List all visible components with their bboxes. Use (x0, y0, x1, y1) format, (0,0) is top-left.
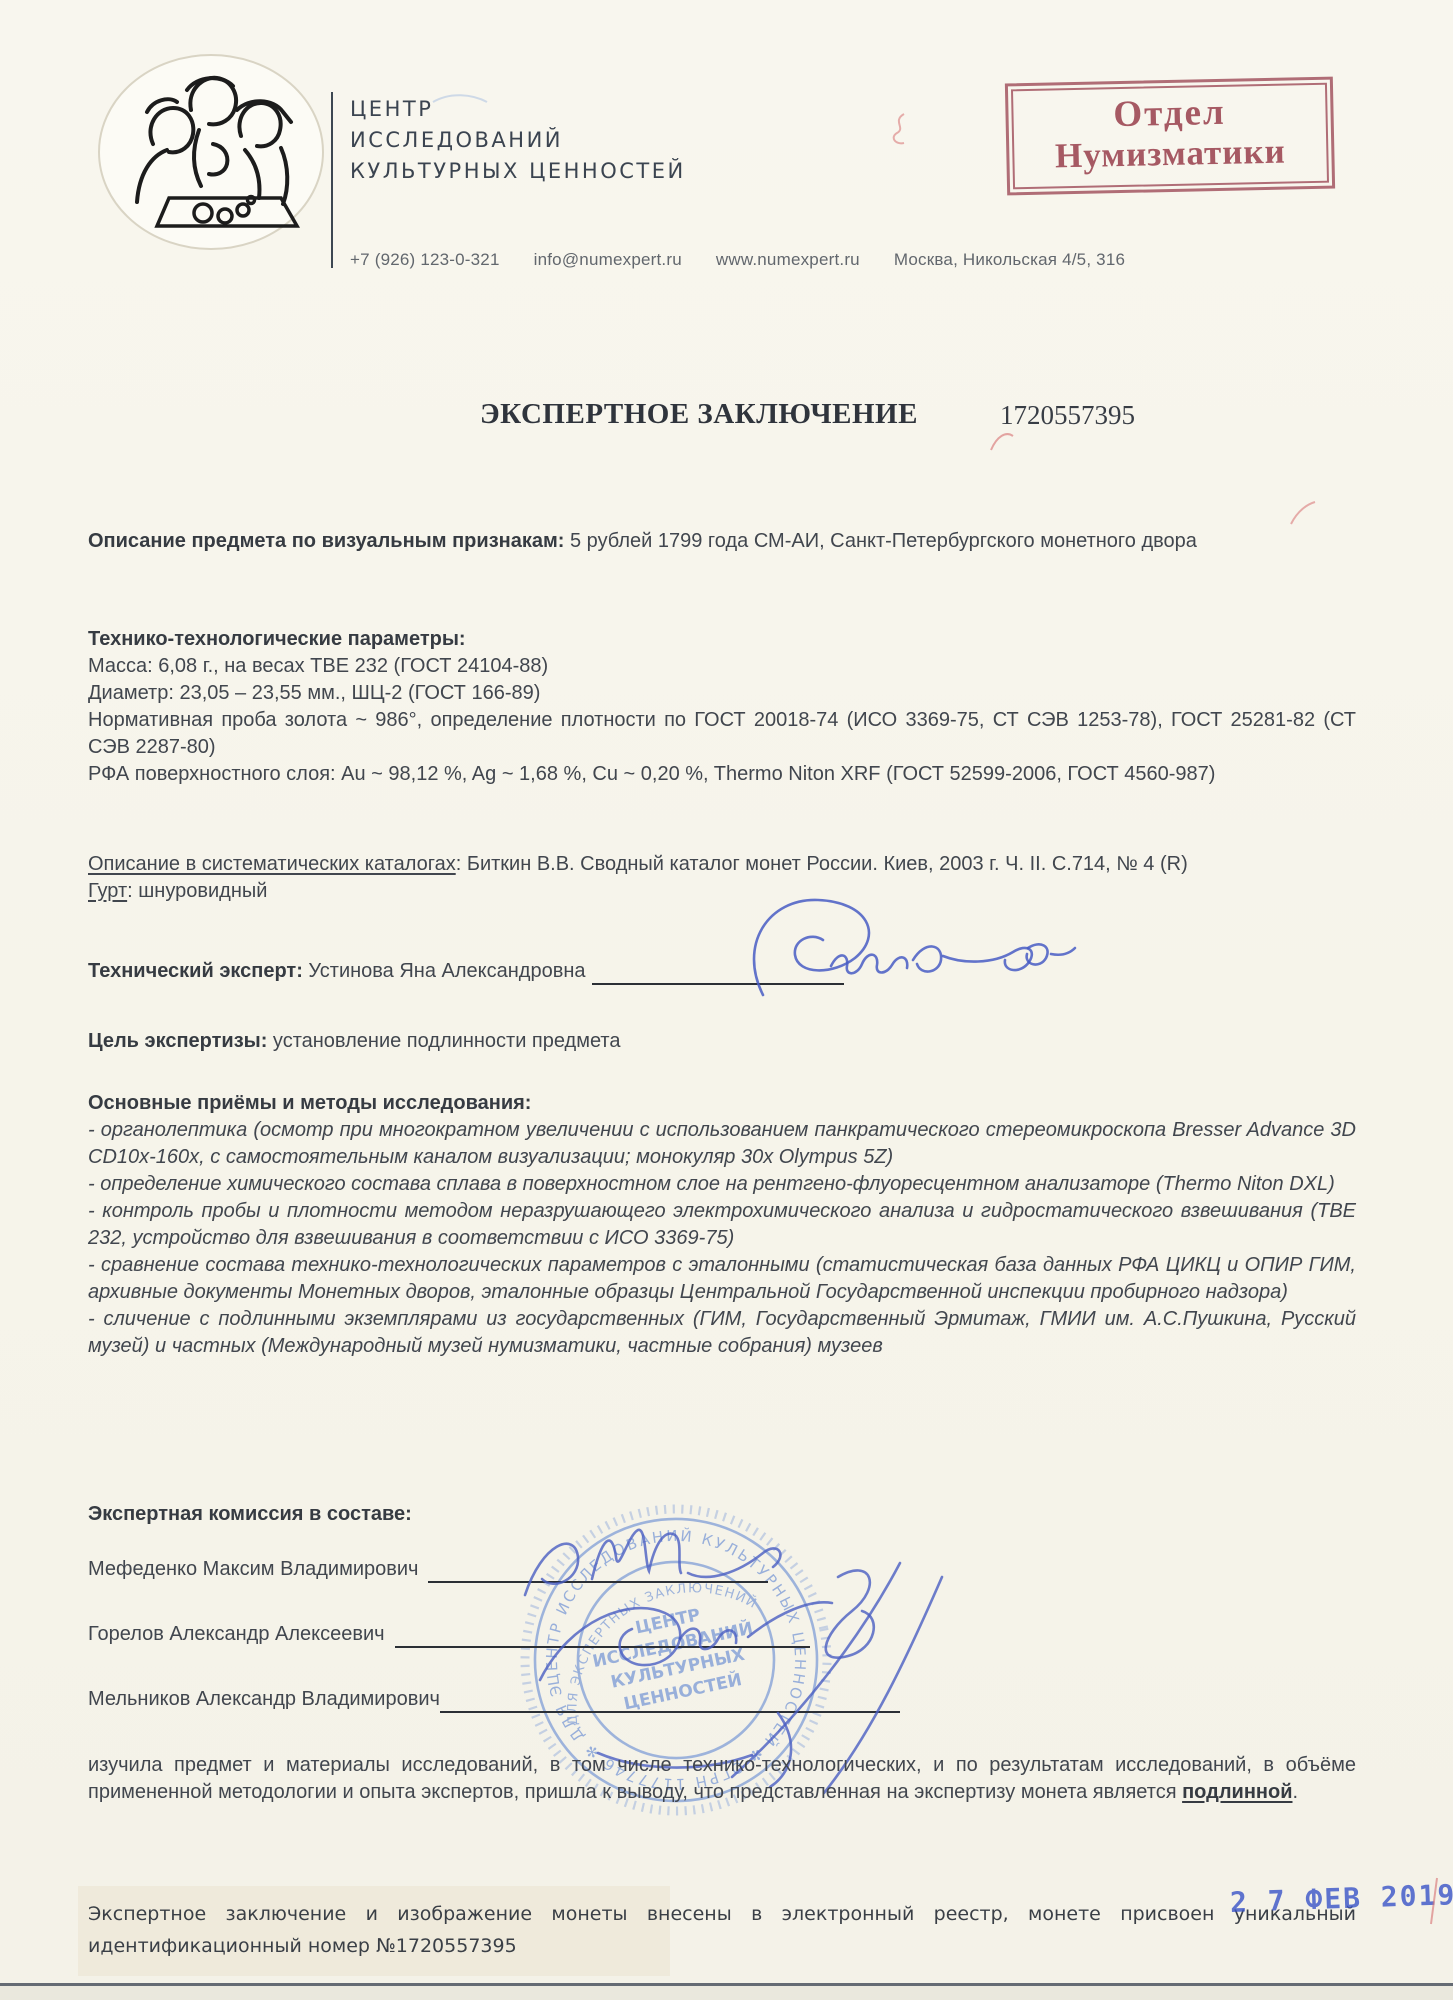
department-stamp-line2: Нумизматики (1018, 131, 1323, 177)
method-item: - контроль пробы и плотности методом нер… (88, 1198, 1356, 1252)
section-methods: Основные приёмы и методы исследования: -… (88, 1090, 1356, 1360)
date-stamp: 2 7 ФЕВ 2019 (1229, 1878, 1453, 1919)
purpose-text: установление подлинности предмета (267, 1030, 620, 1052)
department-stamp-inner: Отдел Нумизматики (1011, 83, 1329, 190)
member-signature-line (428, 1577, 768, 1583)
commission-member-row: Мефеденко Максим Владимирович (88, 1556, 1356, 1583)
commission-member-row: Горелов Александр Алексеевич (88, 1621, 1356, 1648)
tech-param-line: РФА поверхностного слоя: Au ~ 98,12 %, A… (88, 761, 1356, 788)
tech-param-line: Масса: 6,08 г., на весах ТВЕ 232 (ГОСТ 2… (88, 653, 1356, 680)
website-url: www.numexpert.ru (716, 250, 860, 270)
edge-label: Гурт (88, 880, 127, 902)
scanned-expert-report-page: ЦЕНТР ИССЛЕДОВАНИЙ КУЛЬТУРНЫХ ЦЕННОСТЕЙ … (0, 0, 1453, 2000)
method-item: - сравнение состава технико-технологичес… (88, 1252, 1356, 1306)
email-address: info@numexpert.ru (534, 250, 682, 270)
method-item: - органолептика (осмотр при многократном… (88, 1117, 1356, 1171)
phone-number: +7 (926) 123-0-321 (350, 250, 500, 270)
header-divider (331, 92, 333, 268)
postal-address: Москва, Никольская 4/5, 316 (894, 250, 1125, 270)
tech-param-line: Диаметр: 23,05 – 23,55 мм., ШЦ-2 (ГОСТ 1… (88, 680, 1356, 707)
department-stamp-line1: Отдел (1017, 91, 1322, 137)
commission-member-row: Мельников Александр Владимирович (88, 1686, 1356, 1713)
conclusion-period: . (1293, 1781, 1299, 1803)
red-scan-artifact (888, 112, 914, 148)
section-purpose: Цель экспертизы: установление подлинност… (88, 1028, 1356, 1055)
org-name-line: ИССЛЕДОВАНИЙ (350, 125, 686, 156)
tech-expert-name: Устинова Яна Александровна (303, 960, 586, 982)
description-label: Описание предмета по визуальным признака… (88, 530, 564, 552)
scan-edge-area (0, 1986, 1453, 2000)
member-signature-line (440, 1707, 900, 1713)
logo-image (95, 52, 327, 252)
blue-pen-artifact (430, 88, 490, 110)
document-number: 1720557395 (1000, 400, 1135, 431)
section-description: Описание предмета по визуальным признака… (88, 528, 1356, 555)
org-name-line: ЦЕНТР (350, 94, 686, 125)
member-signature-line (395, 1642, 810, 1648)
conclusion-text: изучила предмет и материалы исследований… (88, 1754, 1356, 1803)
edge-text: : шнуровидный (127, 880, 267, 902)
commission-member-name: Горелов Александр Алексеевич (88, 1621, 385, 1648)
conclusion-verdict: подлинной (1182, 1781, 1292, 1803)
section-tech-params: Технико-технологические параметры: Масса… (88, 626, 1356, 788)
signature-ustinova (733, 890, 1078, 1008)
method-item: - сличение с подлинными экземплярами из … (88, 1306, 1356, 1360)
commission-member-name: Мельников Александр Владимирович (88, 1686, 440, 1713)
section-registry: Экспертное заключение и изображение моне… (88, 1898, 1356, 1962)
section-catalog: Описание в систематических каталогах: Би… (88, 851, 1356, 905)
red-scan-artifact (988, 428, 1018, 456)
red-scan-artifact (1288, 498, 1318, 528)
document-title: ЭКСПЕРТНОЕ ЗАКЛЮЧЕНИЕ (480, 398, 918, 431)
red-scan-artifact (1428, 1876, 1440, 1926)
tech-param-line: Нормативная проба золота ~ 986°, определ… (88, 707, 1356, 761)
org-logo (95, 52, 327, 252)
section-conclusion: изучила предмет и материалы исследований… (88, 1752, 1356, 1806)
org-name-line: КУЛЬТУРНЫХ ЦЕННОСТЕЙ (350, 156, 686, 187)
catalog-label: Описание в систематических каталогах (88, 853, 456, 875)
method-item: - определение химического состава сплава… (88, 1171, 1356, 1198)
registry-text: Экспертное заключение и изображение моне… (88, 1898, 1356, 1962)
description-text: 5 рублей 1799 года СМ-АИ, Санкт-Петербур… (564, 530, 1196, 552)
tech-expert-label: Технический эксперт: (88, 960, 303, 982)
tech-params-label: Технико-технологические параметры: (88, 628, 466, 650)
purpose-label: Цель экспертизы: (88, 1030, 267, 1052)
catalog-text: : Биткин В.В. Сводный каталог монет Росс… (456, 853, 1188, 875)
commission-member-name: Мефеденко Максим Владимирович (88, 1556, 418, 1583)
section-tech-expert: Технический эксперт: Устинова Яна Алекса… (88, 958, 1356, 985)
org-name: ЦЕНТР ИССЛЕДОВАНИЙ КУЛЬТУРНЫХ ЦЕННОСТЕЙ (350, 94, 686, 187)
contact-bar: +7 (926) 123-0-321 info@numexpert.ru www… (350, 250, 1125, 270)
department-stamp: Отдел Нумизматики (1005, 77, 1335, 196)
tech-expert-signature-line (592, 979, 844, 985)
commission-label: Экспертная комиссия в составе: (88, 1503, 412, 1525)
methods-label: Основные приёмы и методы исследования: (88, 1092, 531, 1114)
